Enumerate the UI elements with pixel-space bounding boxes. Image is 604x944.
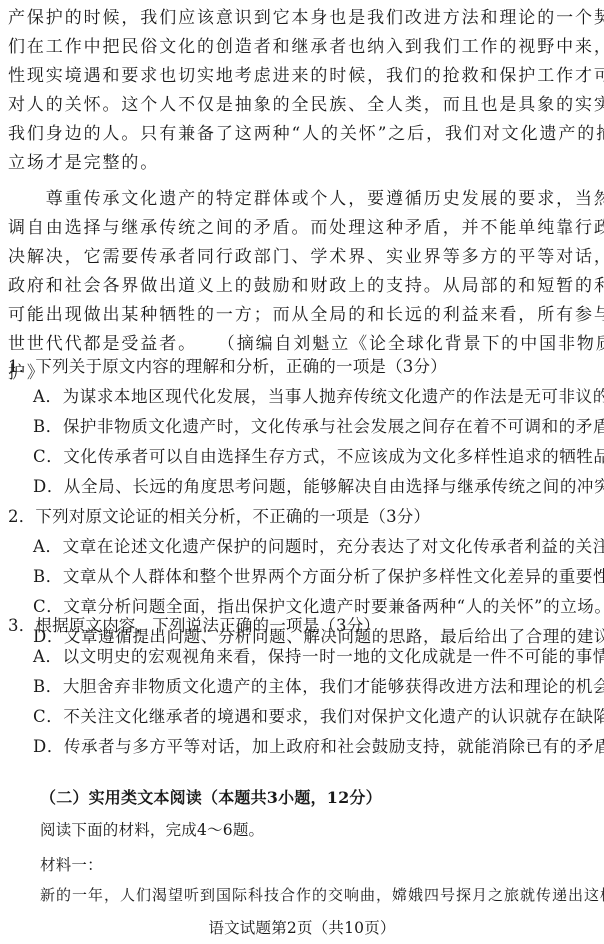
question-3-option-b: B．大胆舍弃非物质文化遗产的主体，我们才能够获得改进方法和理论的机会。 bbox=[33, 675, 604, 699]
page-footer: 语文试题第2页（共10页） bbox=[0, 916, 604, 940]
question-2-option-a: A．文章在论述文化遗产保护的问题时，充分表达了对文化传承者利益的关注。 bbox=[33, 535, 604, 559]
question-3-stem: 3．根据原文内容，下列说法正确的一项是（3分） bbox=[8, 614, 598, 638]
question-1-option-a: A．为谋求本地区现代化发展，当事人抛弃传统文化遗产的作法是无可非议的。 bbox=[33, 385, 604, 409]
question-1-option-b: B．保护非物质文化遗产时，文化传承与社会发展之间存在着不可调和的矛盾。 bbox=[33, 415, 604, 439]
passage-line: 立场才是完整的。 bbox=[8, 151, 598, 175]
passage-line: 世世代代都是受益者。 （摘编自刘魁立《论全球化背景下的中国非物质文化遗产保 bbox=[8, 332, 598, 356]
material-label: 材料一： bbox=[40, 853, 604, 877]
passage-line: 可能出现做出某种牺牲的一方；而从全局的和长远的利益来看，所有参与者乃至全人类 bbox=[8, 303, 598, 327]
passage-line: 政府和社会各界做出道义上的鼓励和财政上的支持。从局部的和短暂的利益来看，或许 bbox=[8, 274, 598, 298]
passage-line: 对人的关怀。这个人不仅是抽象的全民族、全人类，而且也是具象的实实在在的生活在 bbox=[8, 93, 598, 117]
question-2-stem: 2．下列对原文论证的相关分析，不正确的一项是（3分） bbox=[8, 505, 598, 529]
passage-line: 性现实境遇和要求也切实地考虑进来的时候，我们的抢救和保护工作才可以说真正有了 bbox=[8, 64, 598, 88]
question-3-option-d: D．传承者与多方平等对话，加上政府和社会鼓励支持，就能消除已有的矛盾。 bbox=[33, 735, 604, 759]
question-1-stem: 1．下列关于原文内容的理解和分析，正确的一项是（3分） bbox=[8, 355, 598, 379]
exam-page: 产保护的时候，我们应该意识到它本身也是我们改进方法和理论的一个契机。只有当我 们… bbox=[0, 0, 604, 944]
question-1-option-d: D．从全局、长远的角度思考问题，能够解决自由选择与继承传统之间的冲突。 bbox=[33, 475, 604, 499]
question-3-option-a: A．以文明史的宏观视角来看，保持一时一地的文化成就是一件不可能的事情。 bbox=[33, 645, 604, 669]
passage-line: 产保护的时候，我们应该意识到它本身也是我们改进方法和理论的一个契机。只有当我 bbox=[8, 6, 598, 30]
passage-line: 尊重传承文化遗产的特定群体或个人，要遵循历史发展的要求，当然亦应很好地协 bbox=[8, 187, 598, 211]
passage-line: 调自由选择与继承传统之间的矛盾。而处理这种矛盾，并不能单纯靠行政命令或法律裁 bbox=[8, 216, 598, 240]
passage-line: 我们身边的人。只有兼备了这两种“人的关怀”之后，我们对文化遗产的抢救和保护的 bbox=[8, 122, 598, 146]
passage-line: 决解决，它需要传承者同行政部门、学术界、实业界等多方的平等对话，甚至可能需要 bbox=[8, 245, 598, 269]
section-heading: （二）实用类文本阅读（本题共3小题，12分） bbox=[40, 786, 604, 810]
question-3-option-c: C．不关注文化继承者的境遇和要求，我们对保护文化遗产的认识就存在缺陷。 bbox=[33, 705, 604, 729]
material-text-line: 新的一年，人们渴望听到国际科技合作的交响曲，嫦娥四号探月之旅就传递出这样 bbox=[40, 883, 604, 907]
section-instruction: 阅读下面的材料，完成4～6题。 bbox=[40, 818, 604, 842]
question-1-option-c: C．文化传承者可以自由选择生存方式，不应该成为文化多样性追求的牺牲品。 bbox=[33, 445, 604, 469]
passage-line: 们在工作中把民俗文化的创造者和继承者也纳入到我们工作的视野中来，把他们的主体 bbox=[8, 35, 598, 59]
question-2-option-b: B．文章从个人群体和整个世界两个方面分析了保护多样性文化差异的重要性。 bbox=[33, 565, 604, 589]
